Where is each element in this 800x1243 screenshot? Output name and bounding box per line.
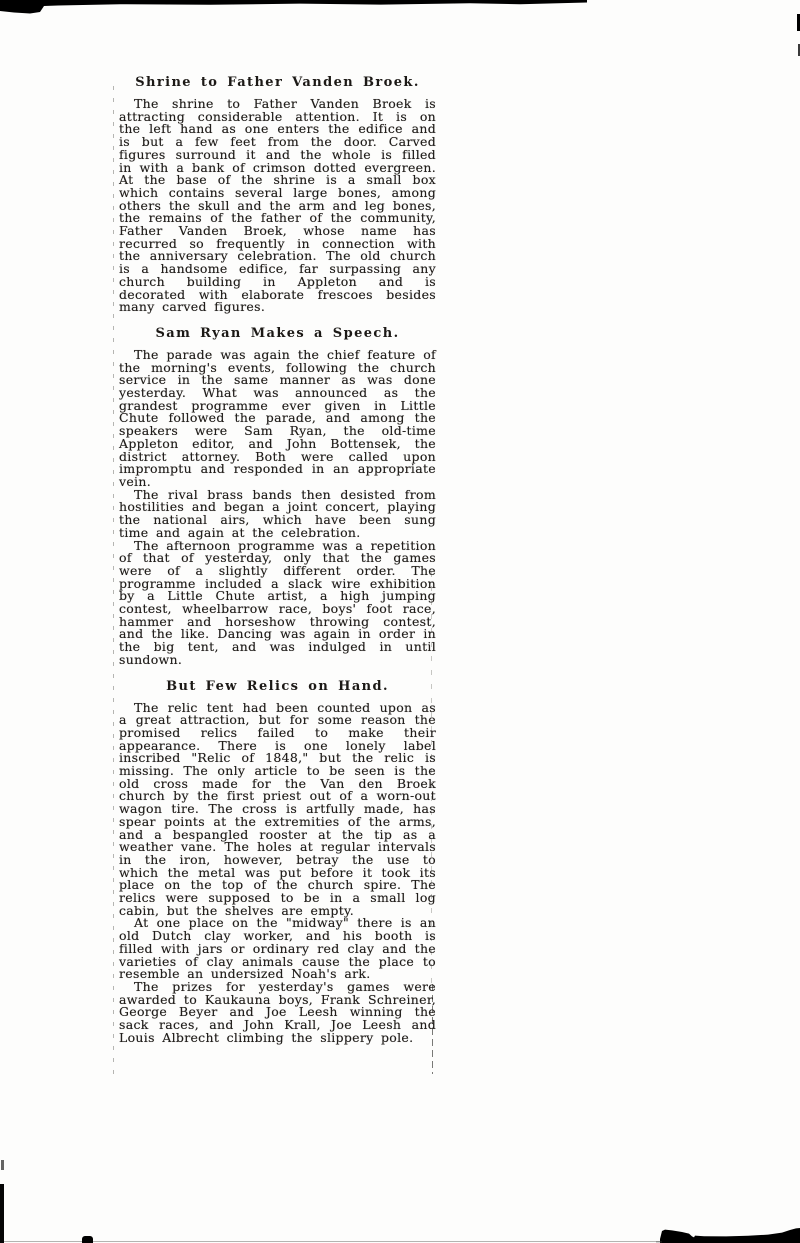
section-heading-shrine: Shrine to Father Vanden Broek.: [123, 76, 432, 90]
article-paragraph: At one place on the "midway" there is an…: [119, 917, 436, 981]
article-paragraph: The afternoon programme was a repetition…: [119, 540, 436, 667]
scan-artifact-left-speck: [1, 1160, 4, 1170]
newspaper-clipping-scan: Shrine to Father Vanden Broek. The shrin…: [0, 0, 800, 1243]
section-heading-relics: But Few Relics on Hand.: [123, 680, 432, 694]
article-paragraph: The prizes for yesterday's games were aw…: [119, 981, 436, 1045]
scan-artifact-top-edge: [0, 0, 800, 16]
article-paragraph: The rival brass bands then desisted from…: [119, 489, 436, 540]
article-column: Shrine to Father Vanden Broek. The shrin…: [119, 76, 436, 1045]
scan-artifact-bottom-left-strip: [0, 1184, 4, 1243]
article-paragraph: The parade was again the chief feature o…: [119, 349, 436, 489]
section-heading-speech: Sam Ryan Makes a Speech.: [123, 327, 432, 341]
scan-artifact-bottom-right-blob: [656, 1227, 800, 1243]
article-paragraph: The relic tent had been counted upon as …: [119, 702, 436, 918]
scan-artifact-bottom-line: [0, 1241, 665, 1242]
article-paragraph: The shrine to Father Vanden Broek is att…: [119, 98, 436, 314]
scan-artifact-bottom-small-blob: [82, 1236, 93, 1243]
column-rule-left: [113, 86, 114, 1076]
